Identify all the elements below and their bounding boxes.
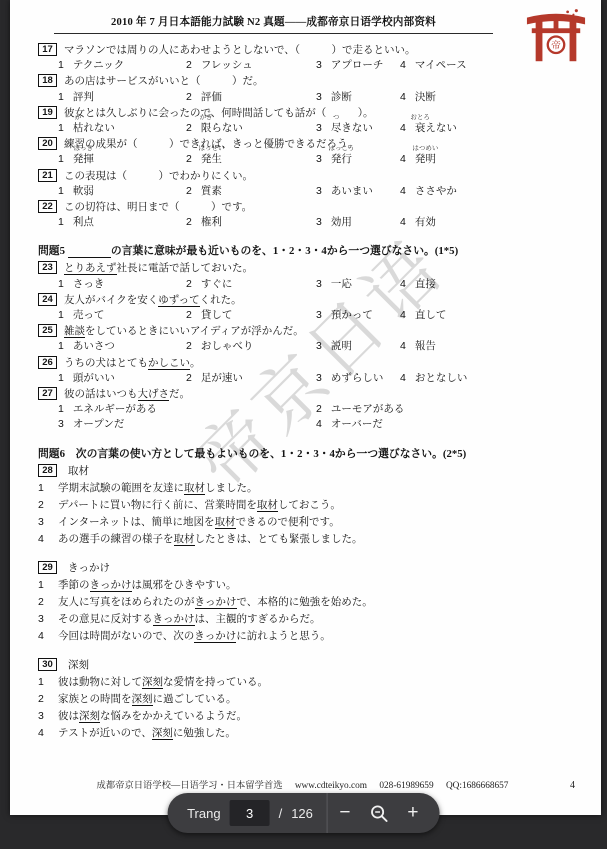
option-number: 1 xyxy=(58,152,64,167)
ruby-word: はっこう発行 xyxy=(331,152,352,167)
answer-option: 4ささやか xyxy=(400,184,565,199)
option-number: 1 xyxy=(58,277,64,292)
text-segment: 報告 xyxy=(415,341,436,352)
text-segment: 評判 xyxy=(73,92,94,103)
page-total: 126 xyxy=(291,806,313,821)
option-number: 2 xyxy=(186,371,192,386)
question-stem-row: 23とりあえず社長に電話で話しておいた。 xyxy=(38,261,565,276)
option-number: 3 xyxy=(316,184,322,199)
option-text: つ尽きない xyxy=(331,123,373,134)
text-segment: 頭がいい xyxy=(73,373,115,384)
ruby-base: 尽 xyxy=(331,123,342,134)
usage-head-row: 28取材 xyxy=(38,464,565,480)
ruby-base: 発生 xyxy=(201,154,222,165)
underlined-term: 取材 xyxy=(215,517,236,529)
question-stem: この切符は、明日まで（ ）です。 xyxy=(64,202,252,213)
document-footer: 成都帝京日语学校—日语学习・日本留学首选 www.cdteikyo.com 02… xyxy=(50,777,555,791)
text-segment: 季節の xyxy=(58,580,90,591)
answer-option: 4オーバーだ xyxy=(316,417,565,432)
answer-option: 2貸して xyxy=(186,308,316,323)
ruby-word: はつめい発明 xyxy=(415,152,436,167)
zoom-in-button[interactable]: + xyxy=(396,793,430,833)
answer-option: 4報告 xyxy=(400,339,565,354)
answer-option: 4はつめい発明 xyxy=(400,152,565,167)
text-segment: 評価 xyxy=(201,92,222,103)
footer-phone: 028-61989659 xyxy=(379,781,433,791)
option-number: 3 xyxy=(38,514,58,530)
question-stem: あの店はサービスがいいと（ ）だ。 xyxy=(64,76,264,87)
text-segment: 貸して xyxy=(201,310,233,321)
option-number: 4 xyxy=(400,277,406,292)
answer-option: 3アプローチ xyxy=(316,58,400,73)
option-text: アプローチ xyxy=(331,60,384,71)
option-number: 1 xyxy=(38,674,58,690)
option-text: はっこう発行 xyxy=(331,154,352,165)
answer-option: 4おとろ衰えない xyxy=(400,121,565,136)
answer-option: 1売って xyxy=(58,308,186,323)
section-heading: 問題6 次の言葉の使い方として最もよいものを、1・2・3・4から一つ選びなさい。… xyxy=(38,446,565,461)
text-segment: あいまい xyxy=(331,186,373,197)
answer-option: 2ユーモアがある xyxy=(316,402,565,417)
text-segment: 今回は時間がないので、次の xyxy=(58,631,194,642)
document-page-number: 4 xyxy=(570,780,575,791)
text-segment: 一応 xyxy=(331,279,352,290)
text-segment: 質素 xyxy=(201,186,222,197)
option-text: 一応 xyxy=(331,279,352,290)
text-segment: らない xyxy=(211,123,243,134)
sentence-text: 彼は動物に対して深刻な愛情を持っている。 xyxy=(58,677,268,689)
question-number: 29 xyxy=(38,561,57,574)
text-segment: 彼の話はいつも xyxy=(64,389,138,400)
option-text: 直して xyxy=(415,310,447,321)
option-text: すぐに xyxy=(201,279,233,290)
option-number: 1 xyxy=(58,184,64,199)
underlined-term: とりあえず xyxy=(64,263,117,275)
option-number: 2 xyxy=(186,308,192,323)
question-number: 30 xyxy=(38,658,57,671)
option-text: おとなしい xyxy=(415,373,468,384)
furigana: おとろ xyxy=(410,115,430,122)
option-number: 1 xyxy=(58,58,64,73)
answer-option: 1テクニック xyxy=(58,58,186,73)
furigana: はつめい xyxy=(412,146,438,153)
text-segment: 直接 xyxy=(415,279,436,290)
answer-option: 3一応 xyxy=(316,277,400,292)
furigana: かぎ xyxy=(200,115,213,122)
text-segment: おとなしい xyxy=(415,373,468,384)
text-segment: あいさつ xyxy=(73,341,115,352)
underlined-term: 取材 xyxy=(257,500,278,512)
ruby-word: かぎ限 xyxy=(201,121,212,136)
ruby-word: はっせい発生 xyxy=(201,152,222,167)
option-text: 売って xyxy=(73,310,105,321)
target-word: 取材 xyxy=(68,466,89,477)
option-text: あいさつ xyxy=(73,341,115,352)
answer-option: 1か枯れない xyxy=(58,121,186,136)
option-number: 4 xyxy=(400,90,406,105)
option-number: 3 xyxy=(316,215,322,230)
furigana: はっせい xyxy=(198,146,224,153)
option-text: 評判 xyxy=(73,92,94,103)
answer-option: 3診断 xyxy=(316,90,400,105)
text-segment: うちの犬はとても xyxy=(64,358,148,369)
text-segment: 。 xyxy=(190,358,201,369)
zoom-out-button[interactable]: − xyxy=(328,793,362,833)
option-text: エネルギーがある xyxy=(73,404,157,415)
option-number: 2 xyxy=(186,215,192,230)
text-segment: さっき xyxy=(73,279,105,290)
option-text: 評価 xyxy=(201,92,222,103)
option-number: 3 xyxy=(316,339,322,354)
answer-option: 3預かって xyxy=(316,308,400,323)
sentence-text: 学期末試験の範囲を友達に取材しました。 xyxy=(58,483,258,495)
option-text: 診断 xyxy=(331,92,352,103)
furigana: はっこう xyxy=(328,146,354,153)
answer-option: 2かぎ限らない xyxy=(186,121,316,136)
option-text: あいまい xyxy=(331,186,373,197)
text-segment: この切符は、明日まで（ ）です。 xyxy=(64,202,252,213)
magnifier-button[interactable] xyxy=(362,793,396,833)
options-row: 1エネルギーがある2ユーモアがある3オープンだ4オーバーだ xyxy=(38,402,565,432)
text-segment: 家族との時間を xyxy=(58,694,132,705)
text-segment: オープンだ xyxy=(73,419,125,430)
ruby-word: つ尽 xyxy=(331,121,342,136)
options-row: 1利点2権利3効用4有効 xyxy=(38,215,565,230)
answer-option: 3つ尽きない xyxy=(316,121,400,136)
option-number: 4 xyxy=(400,339,406,354)
question-number: 20 xyxy=(38,137,57,150)
option-number: 3 xyxy=(316,308,322,323)
option-number: 3 xyxy=(316,121,322,136)
usage-sentence: 1彼は動物に対して深刻な愛情を持っている。 xyxy=(38,674,565,691)
usage-sentence: 1季節のきっかけは風邪をひきやすい。 xyxy=(38,577,565,594)
answer-option: 4マイペース xyxy=(400,58,565,73)
option-text: フレッシュ xyxy=(201,60,253,71)
question-number: 28 xyxy=(38,464,57,477)
answer-option: 3効用 xyxy=(316,215,400,230)
answer-option: 2おしゃべり xyxy=(186,339,316,354)
text-segment: できるので便利です。 xyxy=(236,517,340,528)
option-number: 2 xyxy=(38,497,58,513)
text-segment: 効用 xyxy=(331,217,352,228)
options-row: 1テクニック2フレッシュ3アプローチ4マイペース xyxy=(38,58,565,73)
options-row: 1あいさつ2おしゃべり3説明4報告 xyxy=(38,339,565,354)
text-segment: あの選手の練習の様子を xyxy=(58,534,174,545)
text-segment: 学期末試験の範囲を友達に xyxy=(58,483,184,494)
answer-option: 1評判 xyxy=(58,90,186,105)
option-number: 4 xyxy=(38,531,58,547)
text-segment: 問題6 次の言葉の使い方として最もよいものを、1・2・3・4から一つ選びなさい。… xyxy=(38,448,466,460)
options-row: 1売って2貸して3預かって4直して xyxy=(38,308,565,323)
underlined-term: 深刻 xyxy=(152,728,173,740)
text-segment: 問題5 xyxy=(38,245,68,257)
usage-sentence: 2家族との時間を深刻に過ごしている。 xyxy=(38,691,565,708)
underlined-term xyxy=(68,245,111,258)
exam-content: 17マラソンでは周りの人にあわせようとしないで、（ ）で走るといい。1テクニック… xyxy=(38,43,565,742)
text-segment: ささやか xyxy=(415,186,457,197)
sentence-text: 季節のきっかけは風邪をひきやすい。 xyxy=(58,580,237,592)
option-text: 頭がいい xyxy=(73,373,115,384)
text-segment: オーバーだ xyxy=(331,419,383,430)
question-stem-row: 21この表現は（ ）でわかりにくい。 xyxy=(38,169,565,184)
text-segment: 友人がバイクを安く xyxy=(64,295,158,306)
question-stem-row: 22この切符は、明日まで（ ）です。 xyxy=(38,200,565,215)
question-block: 17マラソンでは周りの人にあわせようとしないで、（ ）で走るといい。1テクニック… xyxy=(38,43,565,73)
option-number: 1 xyxy=(58,121,64,136)
option-number: 2 xyxy=(186,121,192,136)
question-number: 18 xyxy=(38,74,57,87)
option-number: 3 xyxy=(38,611,58,627)
header-rule xyxy=(54,33,493,34)
answer-option: 1さっき xyxy=(58,277,186,292)
option-number: 4 xyxy=(316,417,322,432)
question-block: 24友人がバイクを安くゆずってくれた。1売って2貸して3預かって4直して xyxy=(38,293,565,323)
ruby-base: 発揮 xyxy=(73,154,94,165)
plus-icon: + xyxy=(407,802,418,824)
text-segment: エネルギーがある xyxy=(73,404,157,415)
option-text: 効用 xyxy=(331,217,352,228)
answer-option: 4決断 xyxy=(400,90,565,105)
option-number: 2 xyxy=(186,184,192,199)
question-block: 22この切符は、明日まで（ ）です。1利点2権利3効用4有効 xyxy=(38,200,565,230)
text-segment: くれた。 xyxy=(200,295,242,306)
question-block: 23とりあえず社長に電話で話しておいた。1さっき2すぐに3一応4直接 xyxy=(38,261,565,291)
options-row: 1か枯れない2かぎ限らない3つ尽きない4おとろ衰えない xyxy=(38,121,565,136)
options-row: 1さっき2すぐに3一応4直接 xyxy=(38,277,565,292)
text-segment: その意見に反対する xyxy=(58,614,153,625)
question-block: 21この表現は（ ）でわかりにくい。1軟弱2質素3あいまい4ささやか xyxy=(38,169,565,199)
underlined-term: 深刻 xyxy=(132,694,153,706)
option-number: 3 xyxy=(38,708,58,724)
option-text: テクニック xyxy=(73,60,124,71)
option-number: 1 xyxy=(58,371,64,386)
question-stem: 彼の話はいつも大げさだ。 xyxy=(64,389,190,401)
question-stem: うちの犬はとてもかしこい。 xyxy=(64,358,201,370)
option-text: 利点 xyxy=(73,217,94,228)
usage-sentence: 3彼は深刻な悩みをかかえているようだ。 xyxy=(38,708,565,725)
option-number: 1 xyxy=(58,215,64,230)
option-number: 1 xyxy=(58,402,64,417)
option-text: 報告 xyxy=(415,341,436,352)
text-segment: テストが近いので、 xyxy=(58,728,152,739)
answer-option: 3はっこう発行 xyxy=(316,152,400,167)
option-number: 2 xyxy=(186,339,192,354)
option-text: はっき発揮 xyxy=(73,154,94,165)
option-text: 預かって xyxy=(331,310,373,321)
answer-option: 2すぐに xyxy=(186,277,316,292)
option-text: めずらしい xyxy=(331,373,384,384)
answer-option: 1はっき発揮 xyxy=(58,152,186,167)
text-segment: 社長に電話で話しておいた。 xyxy=(117,263,254,274)
options-row: 1はっき発揮2はっせい発生3はっこう発行4はつめい発明 xyxy=(38,152,565,167)
usage-sentence: 2友人に写真をほめられたのがきっかけで、本格的に勉強を始めた。 xyxy=(38,594,565,611)
option-number: 1 xyxy=(58,90,64,105)
option-number: 1 xyxy=(58,339,64,354)
usage-head-row: 29きっかけ xyxy=(38,561,565,577)
option-number: 2 xyxy=(38,691,58,707)
usage-question-block: 30深刻1彼は動物に対して深刻な愛情を持っている。2家族との時間を深刻に過ごして… xyxy=(38,658,565,742)
underlined-term: 取材 xyxy=(184,483,205,495)
text-segment: だ。 xyxy=(169,389,190,400)
option-text: かぎ限らない xyxy=(201,123,243,134)
text-segment: をしているときにいいアイディアが浮かんだ。 xyxy=(85,326,304,337)
underlined-term: きっかけ xyxy=(194,631,236,643)
sentence-text: あの選手の練習の様子を取材したときは、とても緊張しました。 xyxy=(58,534,363,546)
usage-head-row: 30深刻 xyxy=(38,658,565,674)
text-segment: しました。 xyxy=(205,483,258,494)
text-segment: フレッシュ xyxy=(201,60,253,71)
question-number: 27 xyxy=(38,387,57,400)
question-number: 19 xyxy=(38,106,57,119)
question-stem: マラソンでは周りの人にあわせようとしないで、（ ）で走るといい。 xyxy=(64,45,416,56)
question-number: 25 xyxy=(38,324,57,337)
answer-option: 1あいさつ xyxy=(58,339,186,354)
option-number: 4 xyxy=(38,628,58,644)
option-text: さっき xyxy=(73,279,105,290)
usage-sentence: 4今回は時間がないので、次のきっかけに訪れようと思う。 xyxy=(38,628,565,645)
option-text: はつめい発明 xyxy=(415,154,436,165)
ruby-word: か枯 xyxy=(73,121,84,136)
text-segment: ユーモアがある xyxy=(331,404,405,415)
option-number: 1 xyxy=(58,308,64,323)
text-segment: おしゃべり xyxy=(201,341,254,352)
text-segment: は、主観的すぎるからだ。 xyxy=(195,614,321,625)
footer-school-name: 成都帝京日语学校—日语学习・日本留学首选 xyxy=(97,781,283,791)
underlined-term: きっかけ xyxy=(153,614,195,626)
document-header-title: 2010 年 7 月日本語能力試験 N2 真題——成都帝京日语学校内部资料 xyxy=(52,14,495,29)
answer-option: 1軟弱 xyxy=(58,184,186,199)
text-segment: 彼は動物に対して xyxy=(58,677,142,688)
sentence-text: 家族との時間を深刻に過ごしている。 xyxy=(58,694,237,706)
option-number: 2 xyxy=(186,58,192,73)
answer-option: 2評価 xyxy=(186,90,316,105)
answer-option: 4おとなしい xyxy=(400,371,565,386)
underlined-term: 大げさ xyxy=(138,389,170,401)
text-segment: 彼女とは久しぶりに会ったので、何時間話しても話が（ ）。 xyxy=(64,108,374,119)
options-row: 1頭がいい2足が速い3めずらしい4おとなしい xyxy=(38,371,565,386)
text-segment: マラソンでは周りの人にあわせようとしないで、（ ）で走るといい。 xyxy=(64,45,416,56)
ruby-base: 発明 xyxy=(415,154,436,165)
question-stem-row: 19彼女とは久しぶりに会ったので、何時間話しても話が（ ）。 xyxy=(38,106,565,121)
question-block: 20練習の成果が（ ）できれば、きっと優勝できるだろう。1はっき発揮2はっせい発… xyxy=(38,137,565,167)
underlined-term: ゆずって xyxy=(158,295,199,307)
question-number: 24 xyxy=(38,293,57,306)
sentence-text: インターネットは、簡単に地図を取材できるので便利です。 xyxy=(58,517,340,529)
option-text: 軟弱 xyxy=(73,186,94,197)
ruby-word: はっき発揮 xyxy=(73,152,94,167)
answer-option: 3めずらしい xyxy=(316,371,400,386)
usage-question-block: 28取材1学期末試験の範囲を友達に取材しました。2デパートに買い物に行く前に、営… xyxy=(38,464,565,548)
underlined-term: かしこい xyxy=(148,358,190,370)
ruby-word: おとろ衰 xyxy=(415,121,426,136)
answer-option: 4直して xyxy=(400,308,565,323)
text-segment: すぐに xyxy=(201,279,233,290)
text-segment: で、本格的に勉強を始めた。 xyxy=(237,597,373,608)
question-number: 22 xyxy=(38,200,57,213)
answer-option: 2フレッシュ xyxy=(186,58,316,73)
page-navigation-group: Trang / 126 xyxy=(187,800,327,826)
answer-option: 4直接 xyxy=(400,277,565,292)
answer-option: 2はっせい発生 xyxy=(186,152,316,167)
question-block: 26うちの犬はとてもかしこい。1頭がいい2足が速い3めずらしい4おとなしい xyxy=(38,356,565,386)
question-number: 17 xyxy=(38,43,57,56)
question-stem-row: 18あの店はサービスがいいと（ ）だ。 xyxy=(38,74,565,89)
option-number: 2 xyxy=(38,594,58,610)
options-row: 1軟弱2質素3あいまい4ささやか xyxy=(38,184,565,199)
option-text: ささやか xyxy=(415,186,457,197)
option-text: 質素 xyxy=(201,186,222,197)
usage-sentence: 4テストが近いので、深刻に勉強した。 xyxy=(38,725,565,742)
question-block: 18あの店はサービスがいいと（ ）だ。1評判2評価3診断4決断 xyxy=(38,74,565,104)
answer-option: 3説明 xyxy=(316,339,400,354)
text-segment: れない xyxy=(83,123,115,134)
option-number: 2 xyxy=(316,402,322,417)
sentence-text: 今回は時間がないので、次のきっかけに訪れようと思う。 xyxy=(58,631,331,643)
section-heading: 問題5 の言葉に意味が最も近いものを、1・2・3・4から一つ選びなさい。(1*5… xyxy=(38,243,565,258)
question-stem: 雑談をしているときにいいアイディアが浮かんだ。 xyxy=(64,326,304,338)
answer-option: 1エネルギーがある xyxy=(58,402,316,417)
document-page: 2010 年 7 月日本語能力試験 N2 真題——成都帝京日语学校内部资料 帝 … xyxy=(10,0,601,815)
sentence-text: 彼は深刻な悩みをかかえているようだ。 xyxy=(58,711,247,723)
option-number: 4 xyxy=(38,725,58,741)
question-stem: この表現は（ ）でわかりにくい。 xyxy=(64,171,253,182)
text-segment: 権利 xyxy=(201,217,222,228)
minus-icon: − xyxy=(339,802,350,824)
text-segment: 売って xyxy=(73,310,105,321)
question-stem-row: 26うちの犬はとてもかしこい。 xyxy=(38,356,565,371)
page-number-input[interactable] xyxy=(230,800,270,826)
text-segment: に勉強した。 xyxy=(173,728,236,739)
text-segment: な悩みをかかえているようだ。 xyxy=(100,711,247,722)
question-block: 27彼の話はいつも大げさだ。1エネルギーがある2ユーモアがある3オープンだ4オー… xyxy=(38,387,565,433)
underlined-term: 取材 xyxy=(174,534,195,546)
usage-sentence: 3その意見に反対するきっかけは、主観的すぎるからだ。 xyxy=(38,611,565,628)
underlined-term: 雑談 xyxy=(64,326,85,338)
text-segment: 足が速い xyxy=(201,373,243,384)
page-separator: / xyxy=(279,806,283,821)
page-label: Trang xyxy=(187,806,220,821)
option-number: 1 xyxy=(38,480,58,496)
option-text: 直接 xyxy=(415,279,436,290)
underlined-term: きっかけ xyxy=(90,580,132,592)
viewer-toolbar: Trang / 126 − + xyxy=(167,793,440,833)
option-text: 説明 xyxy=(331,341,352,352)
ruby-base: 枯 xyxy=(73,123,84,134)
sentence-text: 友人に写真をほめられたのがきっかけで、本格的に勉強を始めた。 xyxy=(58,597,373,609)
text-segment: この表現は（ ）でわかりにくい。 xyxy=(64,171,253,182)
question-stem-row: 20練習の成果が（ ）できれば、きっと優勝できるだろう。 xyxy=(38,137,565,152)
question-number: 21 xyxy=(38,169,57,182)
text-segment: の言葉に意味が最も近いものを、1・2・3・4から一つ選びなさい。(1*5) xyxy=(111,245,458,257)
option-text: 権利 xyxy=(201,217,222,228)
option-text: 貸して xyxy=(201,310,233,321)
option-number: 2 xyxy=(186,90,192,105)
question-number: 23 xyxy=(38,261,57,274)
answer-option: 4有効 xyxy=(400,215,565,230)
underlined-term: 深刻 xyxy=(79,711,100,723)
text-segment: マイペース xyxy=(415,60,467,71)
magnifier-icon xyxy=(369,804,388,823)
footer-qq: QQ:1686668657 xyxy=(446,781,509,791)
options-row: 1評判2評価3診断4決断 xyxy=(38,90,565,105)
text-segment: 直して xyxy=(415,310,447,321)
option-number: 3 xyxy=(316,277,322,292)
text-segment: な愛情を持っている。 xyxy=(163,677,268,688)
answer-option: 1頭がいい xyxy=(58,371,186,386)
furigana: はっき xyxy=(74,146,94,153)
text-segment: デパートに買い物に行く前に、営業時間を xyxy=(58,500,257,511)
question-stem-row: 27彼の話はいつも大げさだ。 xyxy=(38,387,565,402)
